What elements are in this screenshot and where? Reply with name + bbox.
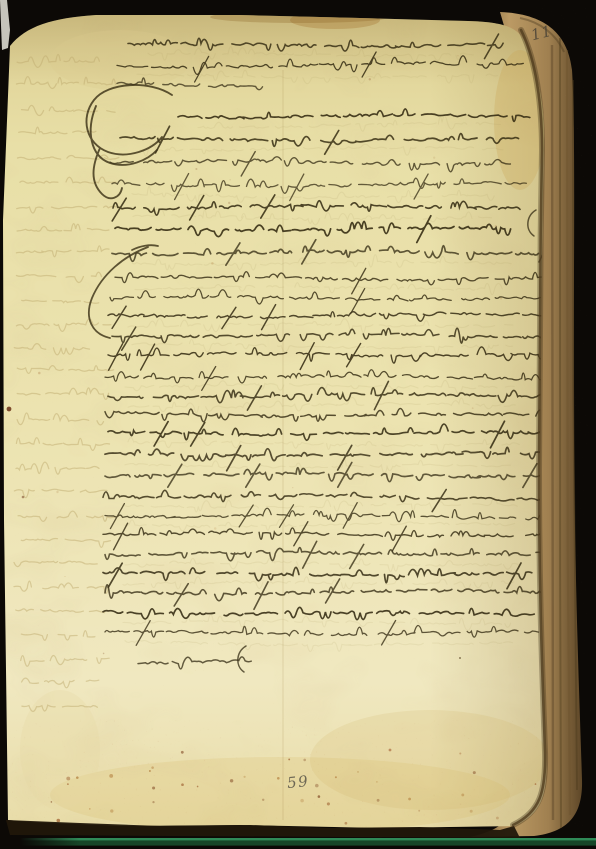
paper-speck: [211, 262, 214, 265]
paper-speck: [228, 202, 230, 204]
foxing-dot: [181, 783, 184, 786]
foxing-dot: [335, 776, 337, 778]
paper-speck: [107, 371, 109, 373]
paper-speck: [273, 51, 274, 52]
foxing-dot: [277, 777, 280, 780]
foxing-dot: [197, 786, 199, 788]
paper-speck: [500, 297, 502, 299]
foxing-dot: [67, 783, 69, 785]
paper-speck: [214, 527, 217, 530]
foxing-dot: [389, 749, 392, 752]
foxing-dot: [76, 776, 79, 779]
wormhole: [22, 496, 25, 499]
paper-speck: [210, 552, 211, 553]
foxing-dot: [109, 774, 113, 778]
foxing-dot: [377, 799, 380, 802]
manuscript-scan: 11 59: [0, 0, 596, 849]
foxing-dot: [288, 758, 290, 760]
manuscript-photo-canvas: [0, 0, 596, 849]
paper-speck: [369, 78, 371, 80]
foxing-dot: [230, 779, 233, 782]
foxing-dot: [181, 751, 184, 754]
paper-speck: [64, 576, 65, 577]
foxing-dot: [473, 771, 476, 774]
foxing-dot: [152, 786, 155, 789]
foxing-dot: [318, 795, 321, 798]
paper-speck: [103, 653, 105, 655]
foxing-dot: [303, 759, 306, 762]
wormhole: [7, 407, 12, 412]
foxing-dot: [376, 781, 378, 783]
foxing-dot: [149, 770, 151, 772]
paper-speck: [128, 452, 130, 454]
foxing-dot: [496, 817, 499, 820]
foxing-dot: [357, 771, 359, 773]
paper-speck: [495, 225, 497, 227]
foxing-dot: [461, 793, 464, 796]
paper-speck: [472, 407, 474, 409]
paper-speck: [433, 157, 435, 159]
foxing-dot: [56, 819, 60, 823]
paper-speck: [56, 491, 58, 493]
foxing-dot: [418, 810, 420, 812]
foxing-dot: [89, 808, 91, 810]
foxing-dot: [51, 801, 53, 803]
ink-speck: [459, 657, 461, 659]
scan-bed-strip: [20, 837, 596, 847]
foxing-dot: [110, 809, 113, 812]
foxing-dot: [459, 752, 461, 754]
foxing-dot: [66, 777, 70, 781]
foxing-dot: [535, 783, 537, 785]
foxing-dot: [408, 798, 411, 801]
foxing-dot: [262, 799, 264, 801]
paper-speck: [38, 372, 41, 375]
foxing-dot: [244, 776, 246, 778]
foxing-dot: [300, 799, 304, 803]
foxing-dot: [315, 784, 319, 788]
foxing-dot: [345, 822, 348, 825]
pencil-page-number: 59: [286, 772, 310, 792]
paper-speck: [230, 179, 231, 180]
paper-speck: [415, 324, 416, 325]
foxing-dot: [152, 801, 154, 803]
foxing-dot: [327, 802, 330, 805]
foxing-dot: [151, 766, 154, 769]
foxing-dot: [470, 810, 473, 813]
paper-speck: [457, 55, 458, 56]
paper-speck: [195, 168, 197, 170]
paper-speck: [227, 412, 228, 413]
paper-speck: [292, 487, 293, 488]
